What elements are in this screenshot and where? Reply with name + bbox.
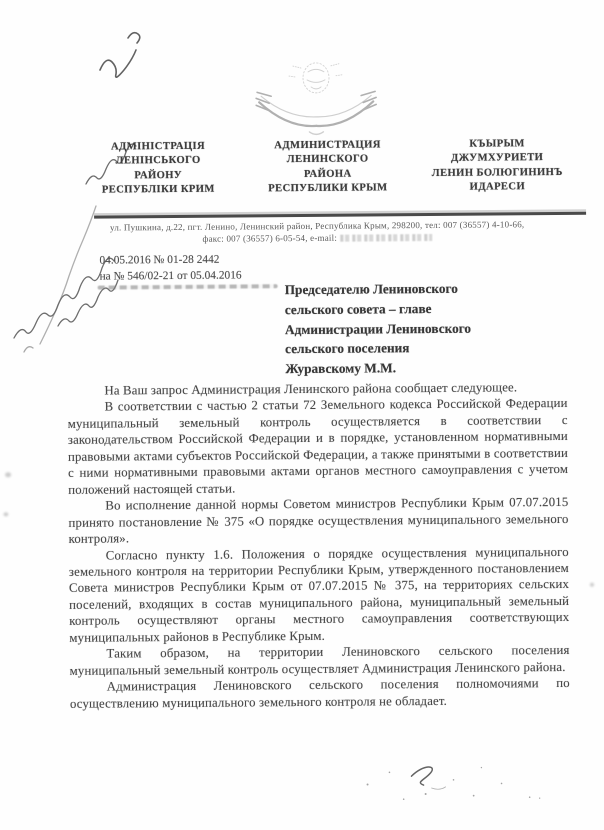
reference-block: 04.05.2016 № 01-28 2442 на № 546/02-21 о…: [99, 252, 241, 284]
org-name-line: АДМИНИСТРАЦИЯ: [244, 138, 411, 154]
recipient-line: сельского поселения: [285, 338, 471, 359]
org-name-line: ДЖУМХУРИЕТИ: [414, 151, 581, 167]
body-paragraph: Согласно пункту 1.6. Положения о порядке…: [69, 543, 570, 646]
recipient-line: Администрации Лениновского: [285, 318, 471, 339]
body-paragraph: Таким образом, на территории Лениновског…: [69, 642, 569, 679]
coat-of-arms-emblem: [253, 51, 380, 140]
body-paragraph: Во исполнение данной нормы Советом минис…: [68, 494, 568, 547]
signature-marks: [333, 753, 584, 825]
ref-outgoing: 04.05.2016 № 01-28 2442: [99, 252, 241, 269]
scan-speck: [5, 472, 11, 477]
recipient-line: Журавскому М.М.: [285, 358, 471, 379]
letterhead-separator-line: [94, 212, 586, 219]
scan-speck: [590, 583, 594, 587]
org-name-line: РАЙОНУ: [75, 168, 242, 184]
org-name-line: РЕСПУБЛІКИ КРИМ: [75, 183, 242, 199]
org-name-crimean-tatar: КЪЫРЫМ ДЖУМХУРИЕТИ ЛЕНИН БОЛЮГИНИНЪ ИДАР…: [414, 137, 581, 196]
org-name-line: ИДАРЕСИ: [414, 180, 581, 196]
body-paragraph: Администрация Лениновского сельского пос…: [70, 675, 570, 712]
org-name-line: АДМІНІСТРАЦІЯ: [74, 139, 241, 155]
ref-underline-smudge: [98, 284, 278, 289]
ref-incoming: на № 546/02-21 от 05.04.2016: [99, 268, 241, 285]
body-paragraph: В соответствии с частью 2 статьи 72 Земе…: [68, 395, 569, 498]
letter-body: На Ваш запрос Администрация Ленинского р…: [67, 379, 570, 712]
org-name-line: ЛЕНИНСКОГО: [244, 153, 411, 169]
org-name-line: КЪЫРЫМ: [414, 137, 581, 153]
scan-speck: [3, 512, 8, 516]
illegible-email-smudge: [340, 234, 432, 242]
org-name-line: РЕСПУБЛИКИ КРЫМ: [244, 181, 411, 197]
recipient-block: Председателю Лениновского сельского сове…: [285, 279, 472, 379]
org-name-line: ЛЕНИН БОЛЮГИНИНЪ: [414, 166, 581, 182]
recipient-line: сельского совета – главе: [285, 298, 471, 319]
document-content: АДМІНІСТРАЦІЯ ЛЕНІНСЬКОГО РАЙОНУ РЕСПУБЛ…: [0, 0, 604, 830]
org-name-line: РАЙОНА: [244, 167, 411, 183]
scanned-letter-page: АДМІНІСТРАЦІЯ ЛЕНІНСЬКОГО РАЙОНУ РЕСПУБЛ…: [0, 0, 604, 830]
org-name-line: ЛЕНІНСЬКОГО: [75, 154, 242, 170]
letterhead: АДМІНІСТРАЦІЯ ЛЕНІНСЬКОГО РАЙОНУ РЕСПУБЛ…: [74, 137, 580, 199]
org-name-ukrainian: АДМІНІСТРАЦІЯ ЛЕНІНСЬКОГО РАЙОНУ РЕСПУБЛ…: [74, 139, 241, 198]
org-name-russian: АДМИНИСТРАЦИЯ ЛЕНИНСКОГО РАЙОНА РЕСПУБЛИ…: [244, 138, 411, 197]
recipient-line: Председателю Лениновского: [285, 279, 471, 300]
letterhead-address: ул. Пушкина, д.22, пгт. Ленино, Ленински…: [57, 219, 577, 247]
